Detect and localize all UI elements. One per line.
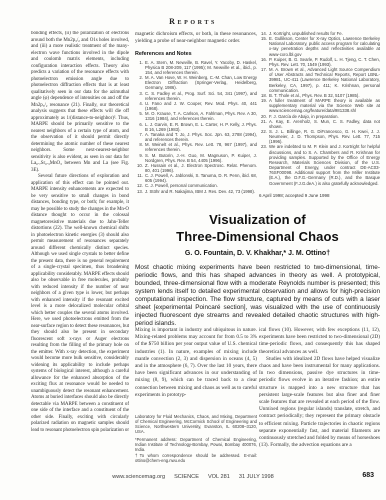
paragraph: Several future directions of exploration… (31, 174, 129, 434)
reference-number: 15. (259, 36, 269, 57)
article-title-line1: Visualization of (135, 212, 380, 229)
article-title-line2: Three-Dimensional Chaos (135, 229, 380, 246)
reference-item: 7. A. Tanaka and T. Jo, J. Phys. Soc. Jp… (135, 132, 257, 142)
reference-text: U. Fano and J. W. Cooper, Rev. Mod. Phys… (145, 101, 257, 111)
article-header: Visualization of Three-Dimensional Chaos… (135, 212, 380, 334)
reference-number: 8. (135, 142, 145, 152)
paragraph: ical flows (10). However, with few excep… (259, 327, 380, 356)
reference-number: 7. (135, 132, 145, 142)
reference-item: 11. C. J. Powell, A. Jablonski, S. Tanum… (135, 173, 257, 183)
reference-text: A fuller treatment of MARPE theory is av… (269, 98, 380, 113)
reference-number: 16. (259, 57, 269, 67)
journal-page: Reports bonding effects, (ii) the polari… (0, 0, 386, 500)
reference-number: 22. (259, 129, 269, 144)
reference-item: 17. M. A. Brown et al., Advanced Light S… (259, 67, 380, 93)
correspondence-footnote: †To whom correspondence should be addres… (135, 453, 257, 463)
permanent-address-footnote: *Permanent address: Department of Chemic… (135, 437, 257, 453)
footer-volume: VOL 281 (208, 474, 230, 480)
references-heading: References and Notes (135, 51, 257, 57)
reference-text: C. J. Powell, A. Jablonski, S. Tanuma, D… (145, 173, 257, 183)
reference-item: 3. C. S. Fadley et al., Prog. Surf. Sci.… (135, 91, 257, 101)
reference-text: Z. Hussain et al., J. Electron Spectrosc… (145, 163, 257, 173)
left-column: bonding effects, (ii) the polarization o… (31, 31, 129, 462)
reference-item: 21. A. Kay, E. Arenholz, S. Mun, C. S. F… (259, 119, 380, 129)
reference-item: 5. M. O. Krause, T. A. Carlson, A. Fahlm… (135, 111, 257, 121)
reference-item: 15. E. Gullikson, Center for X-ray Optic… (259, 36, 380, 57)
article-body-left: Mixing is important in industry and ubiq… (135, 327, 257, 463)
paragraph: Studies with idealized 2D flows have hel… (259, 356, 380, 450)
reference-item: 13. J. Stöhr and R. Nakajima, IBM J. Res… (135, 189, 257, 194)
reference-number: 23. (259, 144, 269, 185)
reference-text: M. Weinelt et al., Phys. Rev. Lett. 78, … (145, 142, 257, 152)
article-body-right: ical flows (10). However, with few excep… (259, 327, 380, 463)
reference-item: 10. Z. Hussain et al., J. Electron Spect… (135, 163, 257, 173)
reference-text: J. Stöhr and R. Nakajima, IBM J. Res. De… (145, 189, 257, 194)
reference-text: We are indebted to M. P. Klein and J. Ko… (269, 144, 380, 185)
reference-item: 8. M. Weinelt et al., Phys. Rev. Lett. 7… (135, 142, 257, 152)
reference-number: 4. (135, 101, 145, 111)
reference-number: 11. (135, 173, 145, 183)
right-column-top: 14. J. Kortright, unpublished results fo… (259, 31, 380, 209)
paragraph: Mixing is important in industry and ubiq… (135, 327, 257, 399)
reference-number: 10. (135, 163, 145, 173)
reference-text: S. J. L. Billinge, R. G. DiFrancesco, G.… (269, 129, 380, 144)
footer-journal: SCIENCE (174, 474, 199, 480)
reference-number: 2. (135, 75, 145, 90)
reference-number: 9. (135, 153, 145, 163)
reference-item: 4. U. Fano and J. W. Cooper, Rev. Mod. P… (135, 101, 257, 111)
reference-text: L. J. Garvin, E. R. Brown, E. L. Carter,… (145, 122, 257, 132)
reference-text: M. A. Van Hove, W. H. Weinberg, C.-M. Ch… (145, 75, 257, 90)
article-body-left-text: Mixing is important in industry and ubiq… (135, 327, 257, 399)
article-abstract: Most chaotic mixing experiments have bee… (135, 264, 380, 328)
footer-date: 31 JULY 1998 (239, 474, 274, 480)
reference-text: E. Gullikson, Center for X-ray Optics, L… (269, 36, 380, 57)
reference-item: 6. L. J. Garvin, E. R. Brown, E. L. Cart… (135, 122, 257, 132)
reference-item: 23. We are indebted to M. P. Klein and J… (259, 144, 380, 185)
reference-number: 13. (135, 189, 145, 194)
reference-item: 19. A fuller treatment of MARPE theory i… (259, 98, 380, 113)
received-accepted-date: 6 April 1998; accepted 9 June 1998 (259, 193, 380, 198)
page-number: 683 (362, 472, 374, 479)
closing-paragraph: magnetic dichroism effects, or both, in … (135, 31, 257, 44)
page-footer: www.sciencemag.orgSCIENCEVOL 28131 JULY … (0, 474, 386, 480)
reference-text: C. S. Fadley et al., Prog. Surf. Sci. 54… (145, 91, 257, 101)
reference-item: 16. P. Kuiper, B. G. Searle, P. Rudolf, … (259, 57, 380, 67)
reference-item: 1. E. A. Stern, M. Newville, B. Ravel, Y… (135, 60, 257, 75)
reference-text: S. M. Butorin, J.-H. Guo, M. Magnuson, P… (145, 153, 257, 163)
reference-number: 17. (259, 67, 269, 93)
reference-number: 1. (135, 60, 145, 75)
references-list-2: 14. J. Kortright, unpublished results fo… (259, 31, 380, 186)
references-list-1: 1. E. A. Stern, M. Newville, B. Ravel, Y… (135, 60, 257, 194)
reference-item: 22. S. J. L. Billinge, R. G. DiFrancesco… (259, 129, 380, 144)
section-header: Reports (0, 17, 386, 26)
reference-item: 2. M. A. Van Hove, W. H. Weinberg, C.-M.… (135, 75, 257, 90)
article-authors: G. O. Fountain, D. V. Khakhar,* J. M. Ot… (135, 250, 380, 257)
reference-item: 9. S. M. Butorin, J.-H. Guo, M. Magnuson… (135, 153, 257, 163)
affiliation-footnote: Laboratory for Fluid Mechanics, Chaos, a… (135, 414, 257, 435)
paragraph: bonding effects, (ii) the polarization o… (31, 31, 129, 174)
reference-text: A. Tanaka and T. Jo, J. Phys. Soc. Jpn. … (145, 132, 257, 142)
reference-number: 19. (259, 98, 269, 113)
article-title: Visualization of Three-Dimensional Chaos (135, 212, 380, 245)
reference-text: A. Kay, E. Arenholz, S. Mun, C. S. Fadle… (269, 119, 380, 129)
middle-column-top: magnetic dichroism effects, or both, in … (135, 31, 257, 209)
author-footnotes: Laboratory for Fluid Mechanics, Chaos, a… (135, 414, 257, 463)
reference-number: 5. (135, 111, 145, 121)
footer-url: www.sciencemag.org (112, 474, 165, 480)
reference-text: M. A. Brown et al., Advanced Light Sourc… (269, 67, 380, 93)
reference-text: M. O. Krause, T. A. Carlson, A. Fahlman,… (145, 111, 257, 121)
reference-text: P. Kuiper, B. G. Searle, P. Rudolf, L. H… (269, 57, 380, 67)
reference-number: 3. (135, 91, 145, 101)
reference-text: E. A. Stern, M. Newville, B. Ravel, Y. Y… (145, 60, 257, 75)
reference-number: 6. (135, 122, 145, 132)
reference-number: 21. (259, 119, 269, 129)
